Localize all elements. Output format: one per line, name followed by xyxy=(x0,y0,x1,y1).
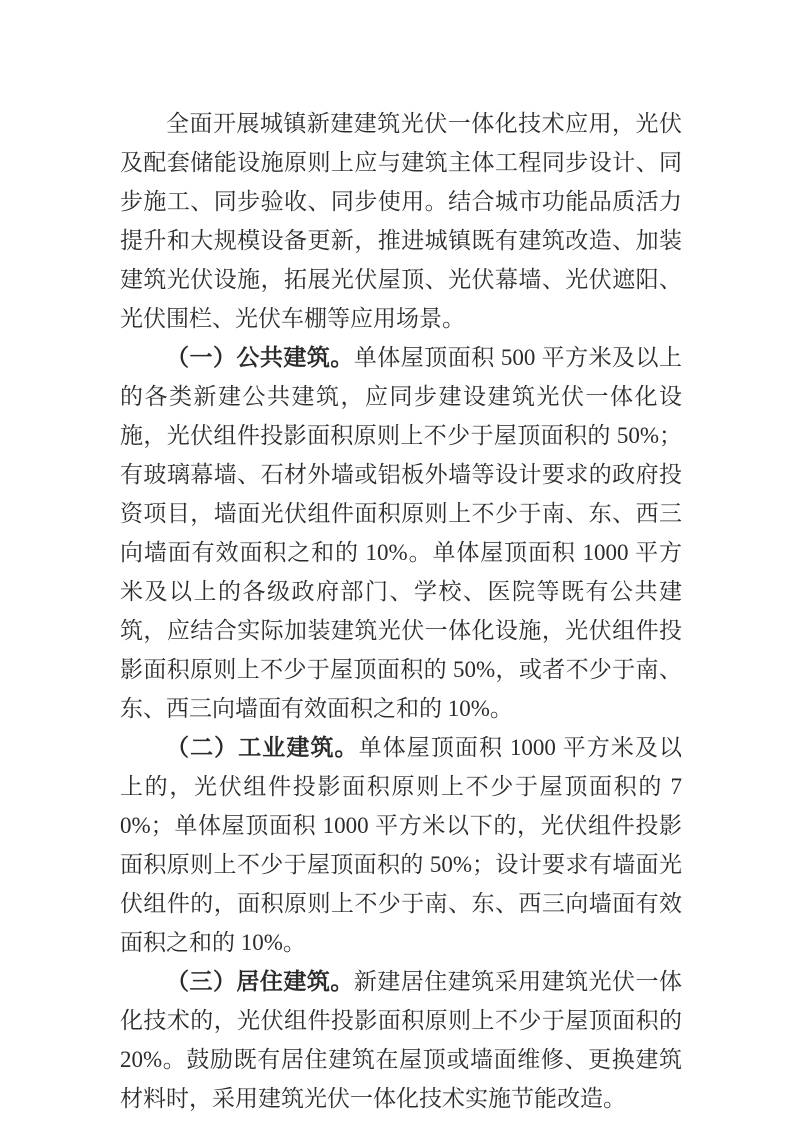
paragraph-industrial-buildings-lead: （二）工业建筑。 xyxy=(166,735,359,760)
paragraph-public-buildings: （一）公共建筑。单体屋顶面积 500 平方米及以上的各类新建公共建筑，应同步建设… xyxy=(120,338,682,728)
paragraph-residential-buildings-lead: （三）居住建筑。 xyxy=(166,969,354,994)
paragraph-industrial-buildings: （二）工业建筑。单体屋顶面积 1000 平方米及以上的，光伏组件投影面积原则上不… xyxy=(120,728,682,962)
document-page: 全面开展城镇新建建筑光伏一体化技术应用，光伏及配套储能设施原则上应与建筑主体工程… xyxy=(0,0,800,1131)
paragraph-industrial-buildings-text: 单体屋顶面积 1000 平方米及以上的，光伏组件投影面积原则上不少于屋顶面积的 … xyxy=(120,735,682,955)
paragraph-public-buildings-lead: （一）公共建筑。 xyxy=(166,345,354,370)
paragraph-intro-text: 全面开展城镇新建建筑光伏一体化技术应用，光伏及配套储能设施原则上应与建筑主体工程… xyxy=(120,111,682,331)
paragraph-intro: 全面开展城镇新建建筑光伏一体化技术应用，光伏及配套储能设施原则上应与建筑主体工程… xyxy=(120,104,682,338)
paragraph-public-buildings-text: 单体屋顶面积 500 平方米及以上的各类新建公共建筑，应同步建设建筑光伏一体化设… xyxy=(120,345,682,721)
paragraph-residential-buildings: （三）居住建筑。新建居住建筑采用建筑光伏一体化技术的，光伏组件投影面积原则上不少… xyxy=(120,962,682,1118)
document-body: 全面开展城镇新建建筑光伏一体化技术应用，光伏及配套储能设施原则上应与建筑主体工程… xyxy=(120,104,682,1118)
